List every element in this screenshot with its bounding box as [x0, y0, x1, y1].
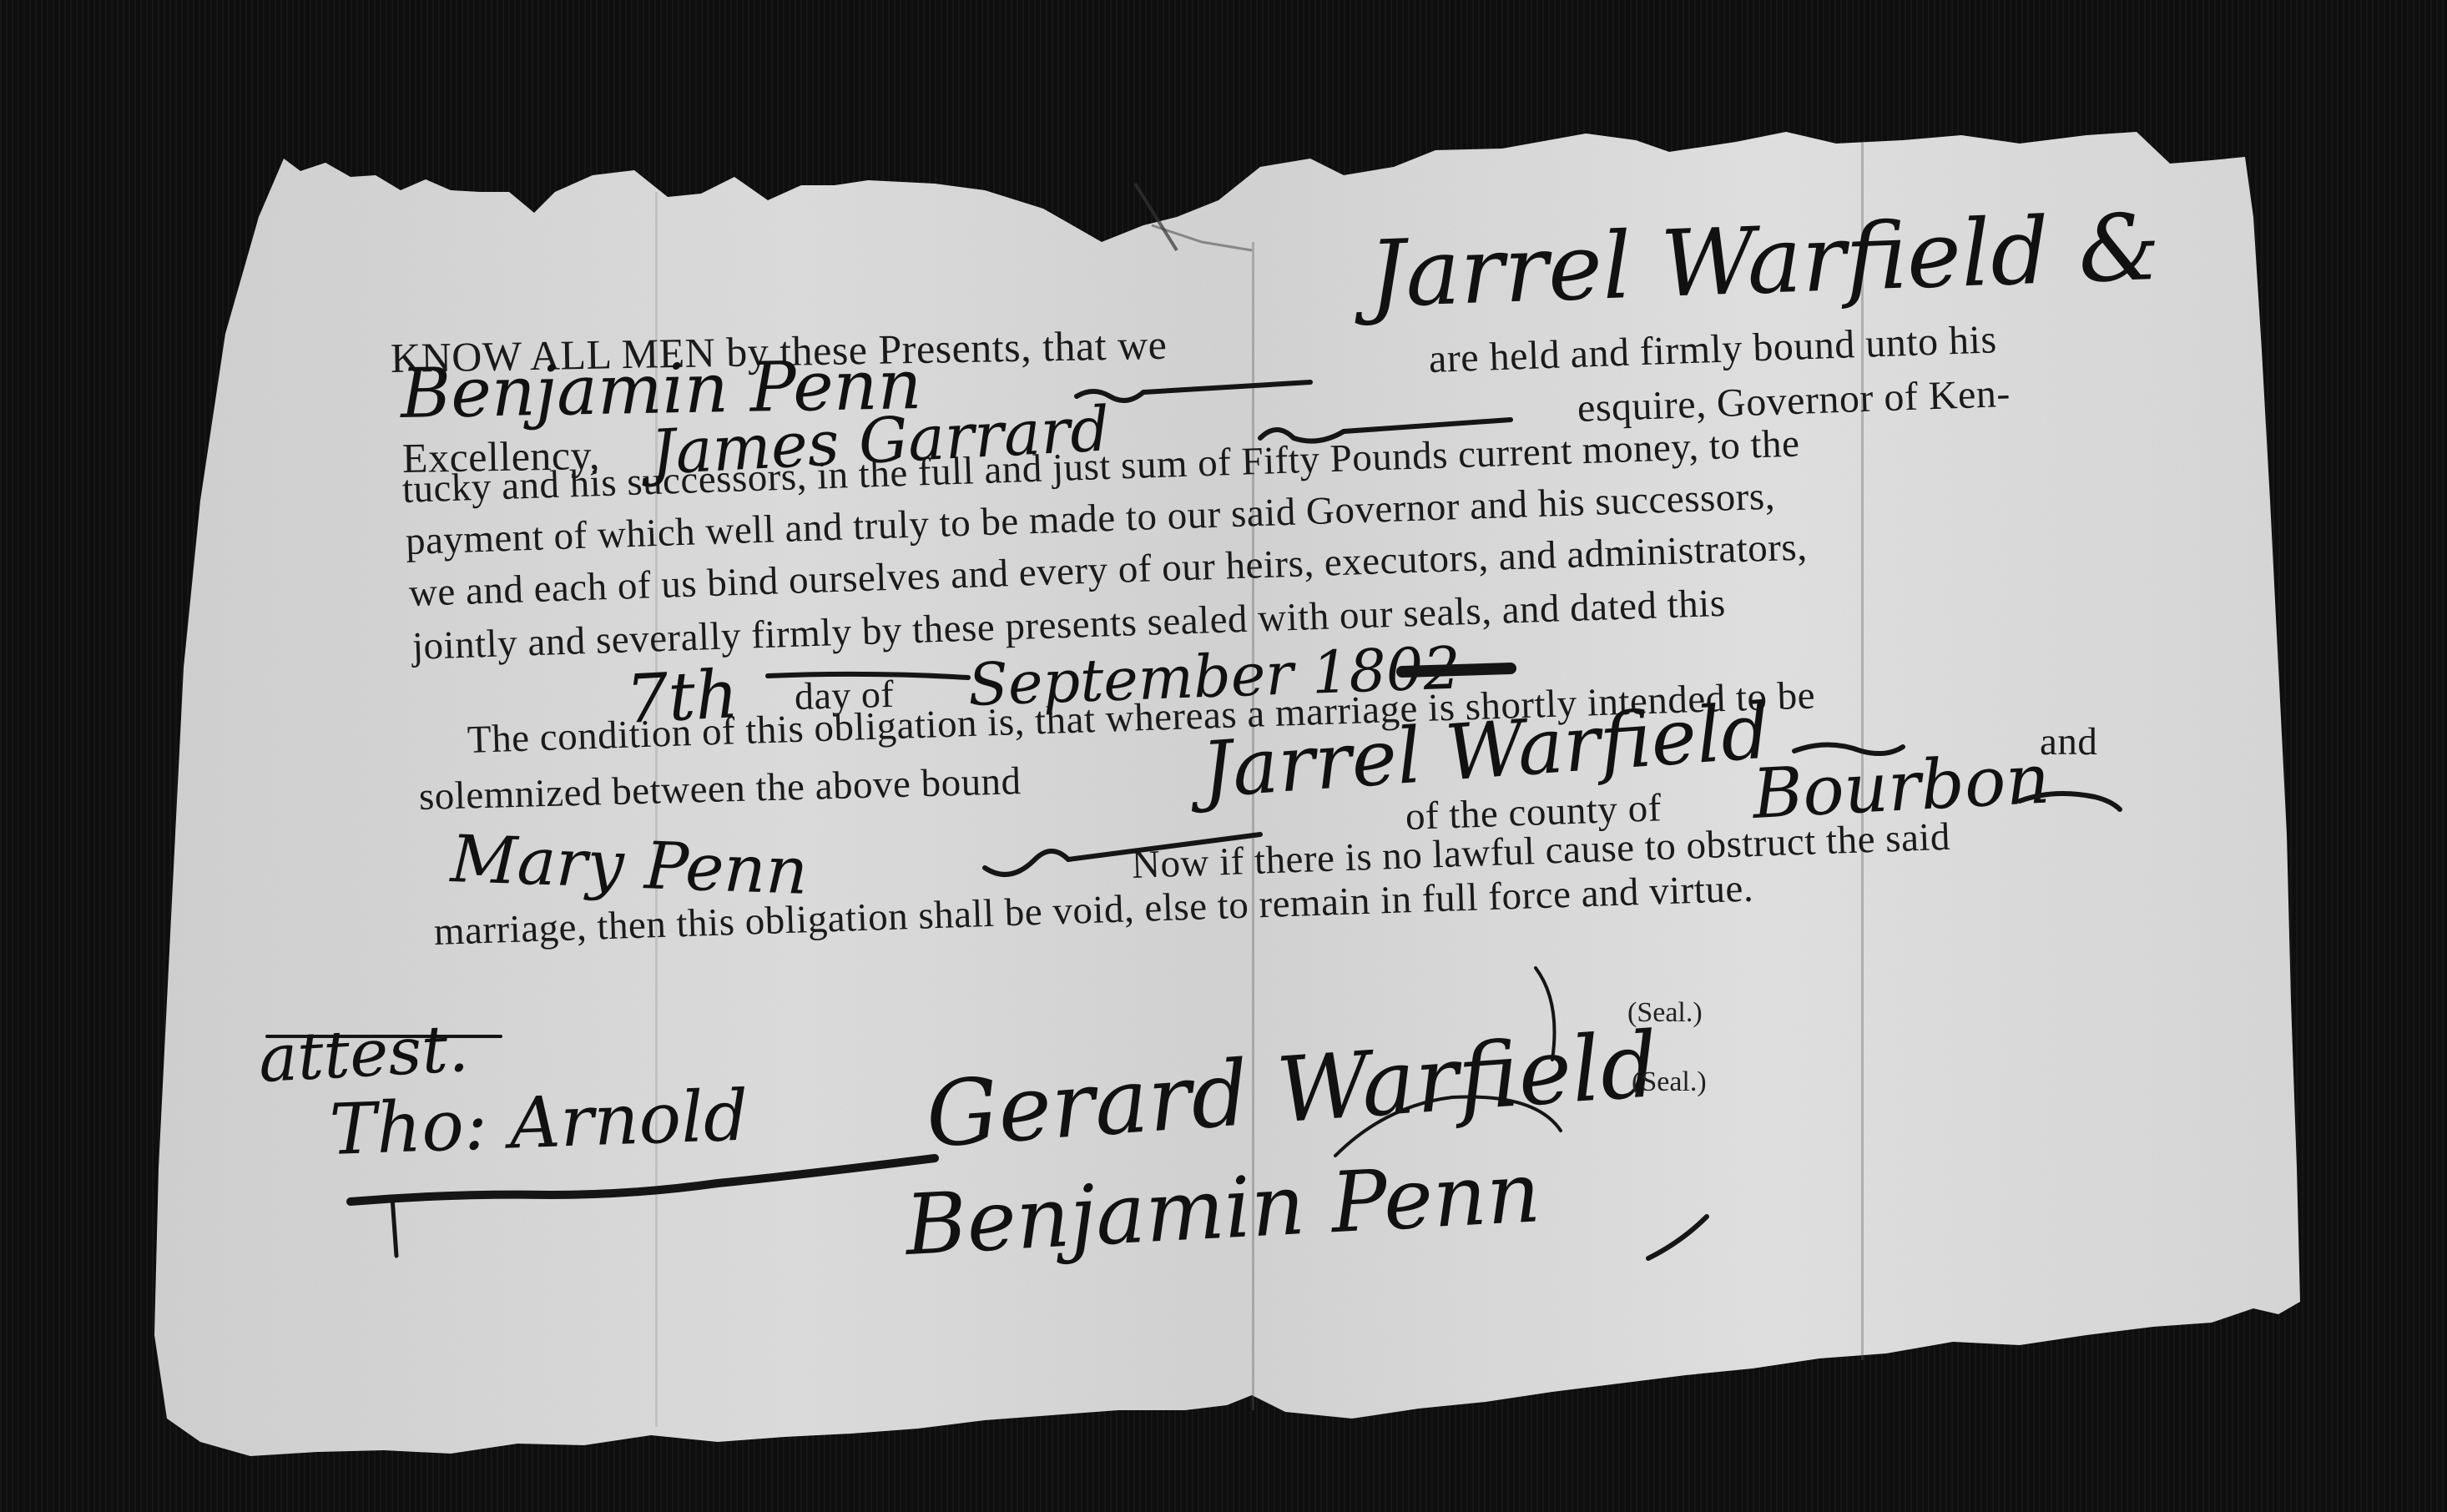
handwritten-county: Bourbon [1751, 739, 2052, 834]
seal-label: (Seal.) [1627, 997, 1703, 1029]
handwritten-bride: Mary Penn [449, 822, 809, 910]
witness-signature: Tho: Arnold [328, 1075, 749, 1171]
handwritten-day: 7th [624, 655, 740, 738]
seal-label: (Seal.) [1632, 1066, 1707, 1098]
document-scan: KNOW ALL MEN by these Presents, that we … [0, 0, 2447, 1512]
